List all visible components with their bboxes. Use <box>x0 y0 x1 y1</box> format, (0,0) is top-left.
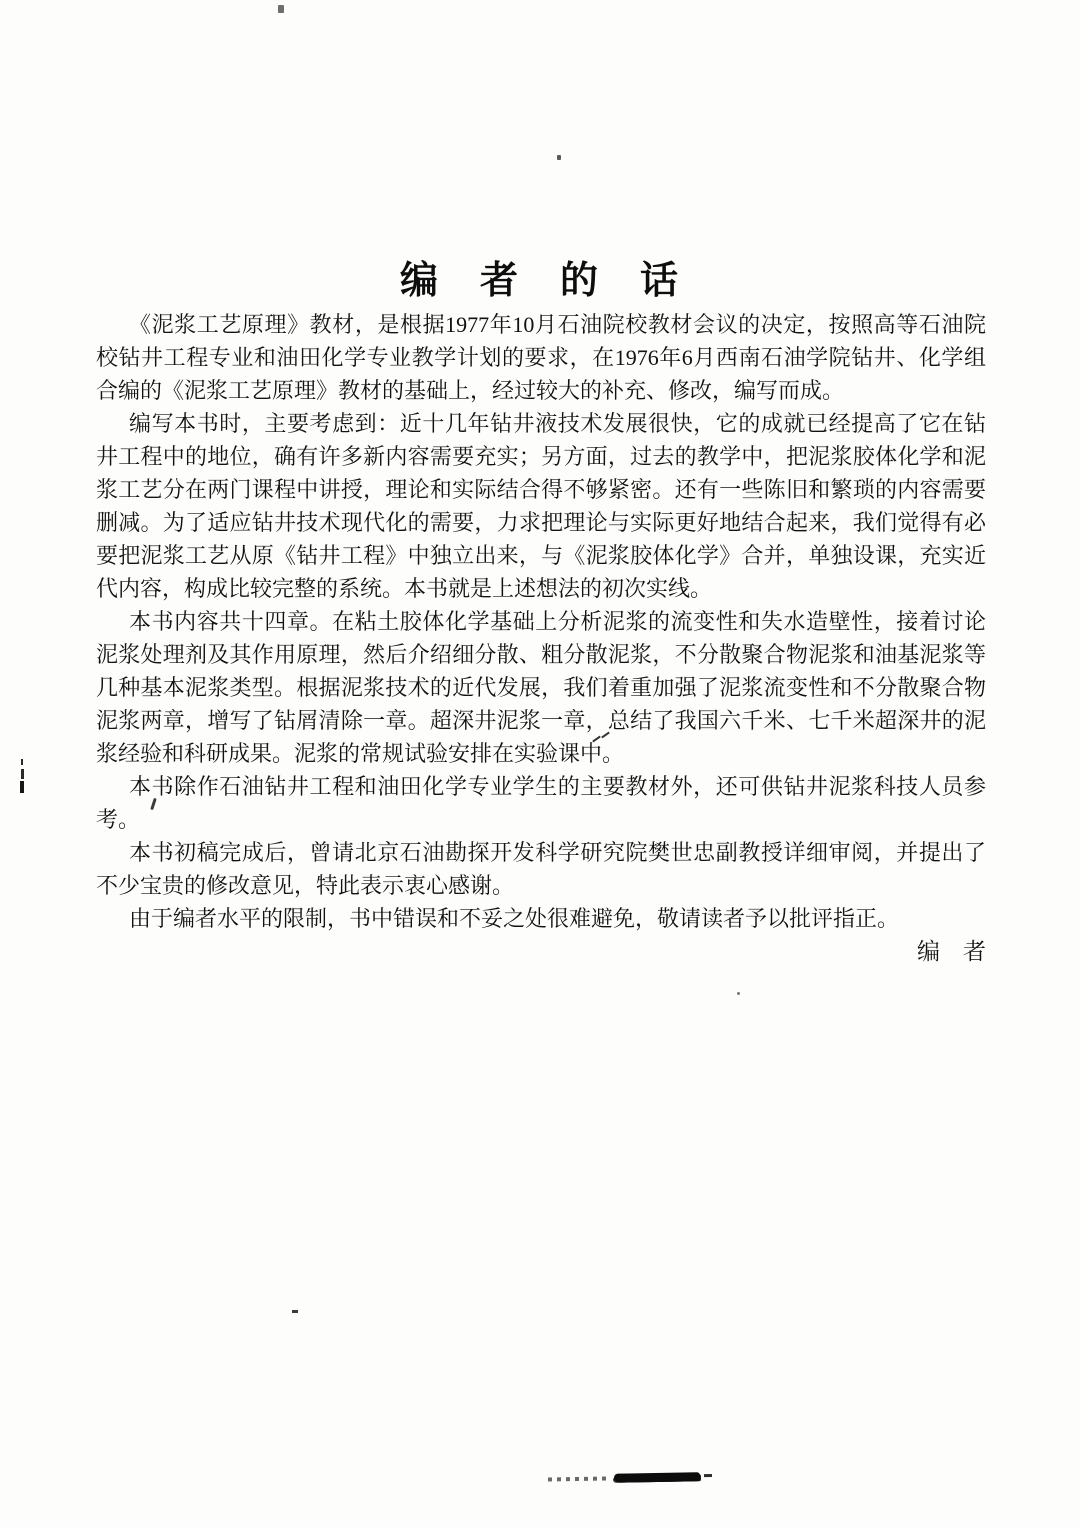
margin-pen-mark <box>21 759 23 765</box>
scan-speck <box>292 1310 298 1313</box>
margin-pen-mark <box>20 781 24 793</box>
margin-pen-mark <box>21 769 24 779</box>
scanned-book-page: 编 者 的 话 《泥浆工艺原理》教材，是根据1977年10月石油院校教材会议的决… <box>0 0 1080 1527</box>
bottom-ink-smudge <box>614 1472 700 1482</box>
author-signature: 编 者 <box>96 935 986 968</box>
paragraph: 本书初稿完成后，曾请北京石油勘探开发科学研究院樊世忠副教授详细审阅，并提出了不少… <box>96 836 986 902</box>
paragraph: 编写本书时，主要考虑到：近十几年钻井液技术发展很快，它的成就已经提高了它在钻井工… <box>96 407 986 605</box>
paragraph: 本书内容共十四章。在粘土胶体化学基础上分析泥浆的流变性和失水造壁性，接着讨论泥浆… <box>96 605 986 770</box>
paragraph: 本书除作石油钻井工程和油田化学专业学生的主要教材外，还可供钻井泥浆科技人员参考。 <box>96 770 986 836</box>
preface-text: 《泥浆工艺原理》教材，是根据1977年10月石油院校教材会议的决定，按照高等石油… <box>96 308 986 968</box>
page-title: 编 者 的 话 <box>0 249 1080 304</box>
paragraph: 由于编者水平的限制，书中错误和不妥之处很难避免，敬请读者予以批评指正。 <box>96 902 986 935</box>
scan-speck <box>557 155 561 160</box>
scan-speck <box>278 5 284 13</box>
bottom-ink-dashes <box>548 1476 606 1481</box>
paragraph: 《泥浆工艺原理》教材，是根据1977年10月石油院校教材会议的决定，按照高等石油… <box>96 308 986 407</box>
scan-speck <box>737 992 740 995</box>
